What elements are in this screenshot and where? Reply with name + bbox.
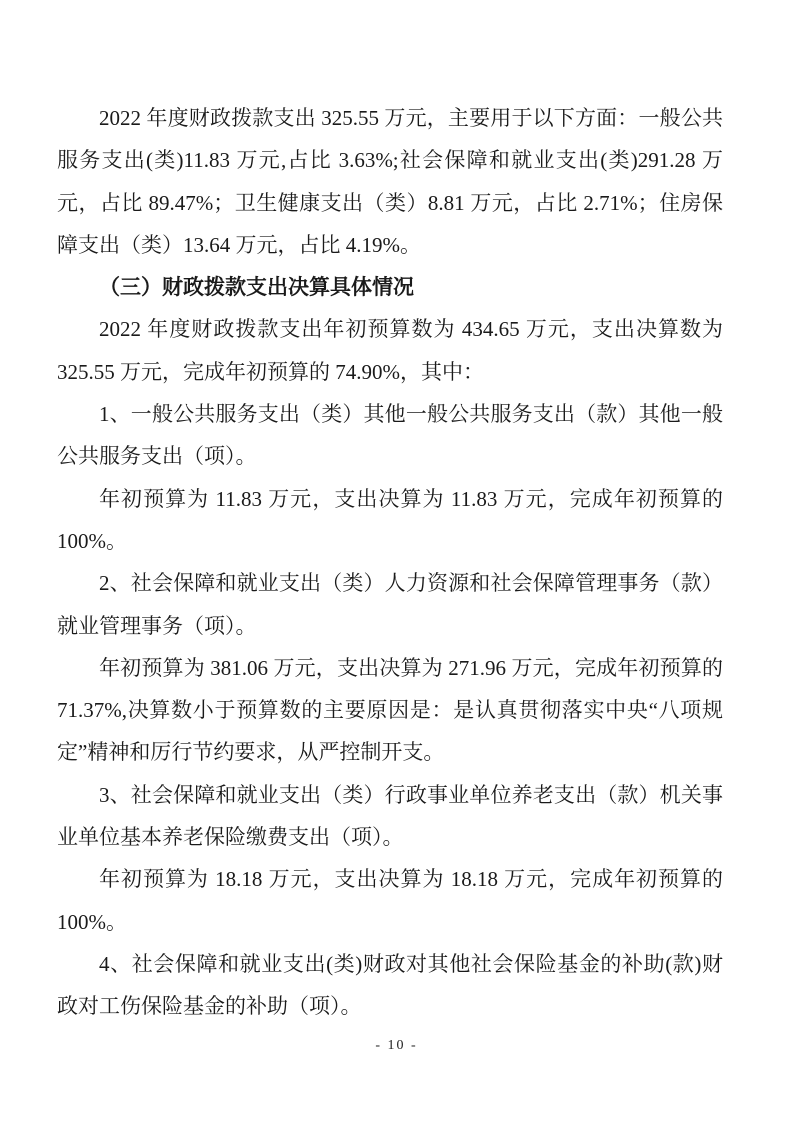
paragraph-item-3-figures: 年初预算为 18.18 万元，支出决算为 18.18 万元，完成年初预算的 10… [57, 858, 723, 943]
paragraph-item-4-title: 4、社会保障和就业支出(类)财政对其他社会保险基金的补助(款)财政对工伤保险基金… [57, 943, 723, 1028]
paragraph-item-1-title: 1、一般公共服务支出（类）其他一般公共服务支出（款）其他一般公共服务支出（项）。 [57, 393, 723, 478]
paragraph-item-3-title: 3、社会保障和就业支出（类）行政事业单位养老支出（款）机关事业单位基本养老保险缴… [57, 774, 723, 859]
document-body: 2022 年度财政拨款支出 325.55 万元，主要用于以下方面：一般公共服务支… [57, 97, 723, 1028]
paragraph-item-2-title: 2、社会保障和就业支出（类）人力资源和社会保障管理事务（款）就业管理事务（项）。 [57, 562, 723, 647]
paragraph-expenditure-overview: 2022 年度财政拨款支出 325.55 万元，主要用于以下方面：一般公共服务支… [57, 97, 723, 266]
document-page: 2022 年度财政拨款支出 325.55 万元，主要用于以下方面：一般公共服务支… [0, 0, 793, 1122]
paragraph-item-1-figures: 年初预算为 11.83 万元，支出决算为 11.83 万元，完成年初预算的 10… [57, 478, 723, 563]
section-heading-expenditure-details: （三）财政拨款支出决算具体情况 [57, 266, 723, 308]
paragraph-item-2-figures: 年初预算为 381.06 万元，支出决算为 271.96 万元，完成年初预算的 … [57, 647, 723, 774]
page-number: - 10 - [0, 1038, 793, 1054]
paragraph-budget-vs-final: 2022 年度财政拨款支出年初预算数为 434.65 万元，支出决算数为 325… [57, 308, 723, 393]
